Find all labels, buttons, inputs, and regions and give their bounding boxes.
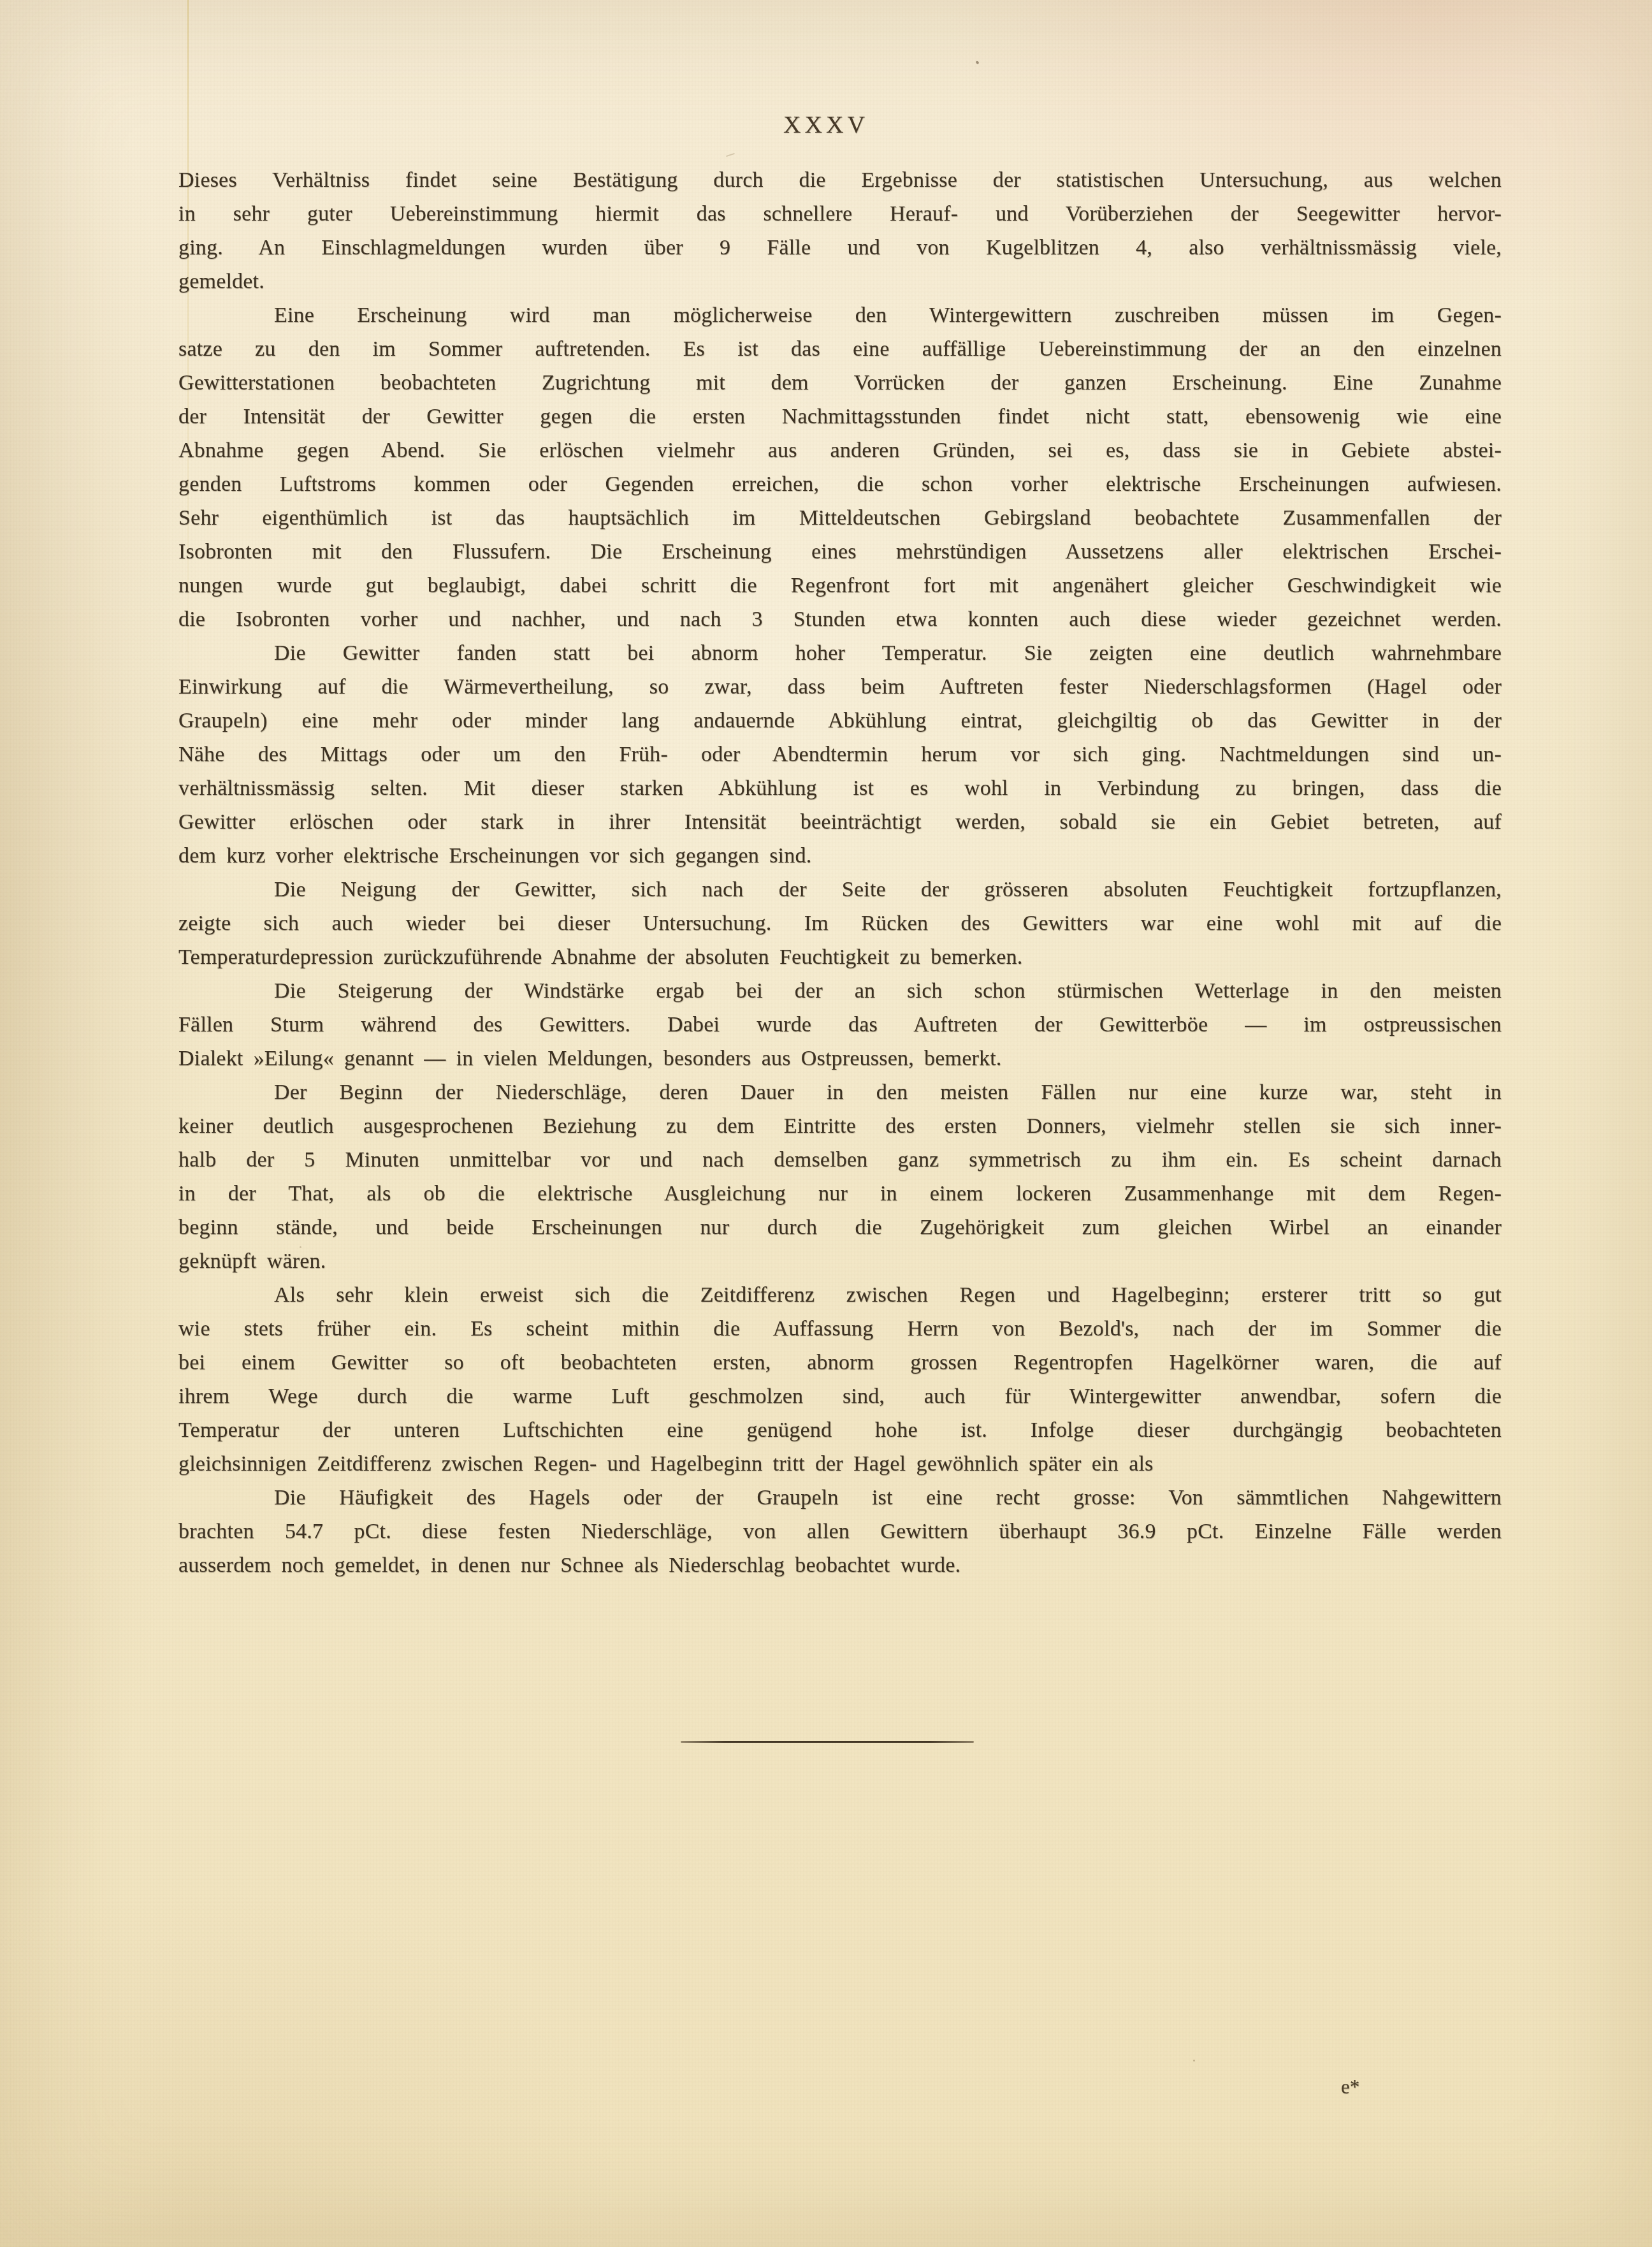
text-line: der Intensität der Gewitter gegen die er…	[178, 400, 1502, 433]
paper-speck	[726, 153, 735, 157]
paragraph: Die Gewitter fanden statt bei abnorm hoh…	[178, 636, 1502, 873]
text-line: Gewitter erlöschen oder stark in ihrer I…	[178, 805, 1502, 839]
text-line: Der Beginn der Niederschläge, deren Daue…	[178, 1075, 1502, 1109]
text-line: wie stets früher ein. Es scheint mithin …	[178, 1312, 1502, 1346]
text-line: bei einem Gewitter so oft beobachteten e…	[178, 1346, 1502, 1379]
page-number: XXXV	[0, 111, 1652, 139]
text-line: Fällen Sturm während des Gewitters. Dabe…	[178, 1008, 1502, 1042]
text-line: ihrem Wege durch die warme Luft geschmol…	[178, 1379, 1502, 1413]
text-line: gemeldet.	[178, 265, 1502, 298]
printer-signature-mark: e*	[1341, 2076, 1359, 2098]
text-line: Eine Erscheinung wird man möglicherweise…	[178, 298, 1502, 332]
text-line: Graupeln) eine mehr oder minder lang and…	[178, 704, 1502, 738]
text-line: Isobronten mit den Flussufern. Die Ersch…	[178, 535, 1502, 569]
paragraph: Dieses Verhältniss findet seine Bestätig…	[178, 163, 1502, 298]
text-line: Abnahme gegen Abend. Sie erlöschen vielm…	[178, 433, 1502, 467]
text-line: Temperaturdepression zurückzuführende Ab…	[178, 940, 1502, 974]
text-line: Gewitterstationen beobachteten Zugrichtu…	[178, 366, 1502, 400]
text-line: Als sehr klein erweist sich die Zeitdiff…	[178, 1278, 1502, 1312]
text-line: verhältnissmässig selten. Mit dieser sta…	[178, 771, 1502, 805]
text-line: Nähe des Mittags oder um den Früh- oder …	[178, 738, 1502, 771]
text-line: Dieses Verhältniss findet seine Bestätig…	[178, 163, 1502, 197]
text-line: Die Gewitter fanden statt bei abnorm hoh…	[178, 636, 1502, 670]
text-line: keiner deutlich ausgesprochenen Beziehun…	[178, 1109, 1502, 1143]
text-line: in sehr guter Uebereinstimmung hiermit d…	[178, 197, 1502, 231]
text-line: Einwirkung auf die Wärmevertheilung, so …	[178, 670, 1502, 704]
text-line: nungen wurde gut beglaubigt, dabei schri…	[178, 569, 1502, 602]
text-line: Die Steigerung der Windstärke ergab bei …	[178, 974, 1502, 1008]
text-line: satze zu den im Sommer auftretenden. Es …	[178, 332, 1502, 366]
paragraph: Eine Erscheinung wird man möglicherweise…	[178, 298, 1502, 636]
text-line: geknüpft wären.	[178, 1244, 1502, 1278]
text-line: genden Luftstroms kommen oder Gegenden e…	[178, 467, 1502, 501]
text-line: dem kurz vorher elektrische Erscheinunge…	[178, 839, 1502, 873]
text-line: Die Häufigkeit des Hagels oder der Graup…	[178, 1481, 1502, 1515]
text-line: ging. An Einschlagmeldungen wurden über …	[178, 231, 1502, 265]
text-line: Die Neigung der Gewitter, sich nach der …	[178, 873, 1502, 906]
text-line: brachten 54.7 pCt. diese festen Niedersc…	[178, 1515, 1502, 1548]
paragraph: Die Häufigkeit des Hagels oder der Graup…	[178, 1481, 1502, 1582]
text-line: zeigte sich auch wieder bei dieser Unter…	[178, 906, 1502, 940]
paper-speck	[975, 61, 979, 64]
section-divider-rule	[681, 1741, 974, 1743]
text-line: in der That, als ob die elektrische Ausg…	[178, 1177, 1502, 1211]
text-line: Temperatur der unteren Luftschichten ein…	[178, 1413, 1502, 1447]
text-line: Dialekt »Eilung« genannt — in vielen Mel…	[178, 1042, 1502, 1075]
scanned-page: XXXV Dieses Verhältniss findet seine Bes…	[0, 0, 1652, 2247]
paragraph: Der Beginn der Niederschläge, deren Daue…	[178, 1075, 1502, 1278]
text-line: halb der 5 Minuten unmittelbar vor und n…	[178, 1143, 1502, 1177]
paper-speck	[1193, 2060, 1195, 2062]
body-text-block: Dieses Verhältniss findet seine Bestätig…	[178, 163, 1502, 1582]
paragraph: Die Steigerung der Windstärke ergab bei …	[178, 974, 1502, 1075]
paragraph: Als sehr klein erweist sich die Zeitdiff…	[178, 1278, 1502, 1481]
text-line: beginn stände, und beide Erscheinungen n…	[178, 1211, 1502, 1244]
text-line: die Isobronten vorher und nachher, und n…	[178, 602, 1502, 636]
paragraph: Die Neigung der Gewitter, sich nach der …	[178, 873, 1502, 974]
text-line: ausserdem noch gemeldet, in denen nur Sc…	[178, 1548, 1502, 1582]
text-line: Sehr eigenthümlich ist das hauptsächlich…	[178, 501, 1502, 535]
text-line: gleichsinnigen Zeitdifferenz zwischen Re…	[178, 1447, 1502, 1481]
